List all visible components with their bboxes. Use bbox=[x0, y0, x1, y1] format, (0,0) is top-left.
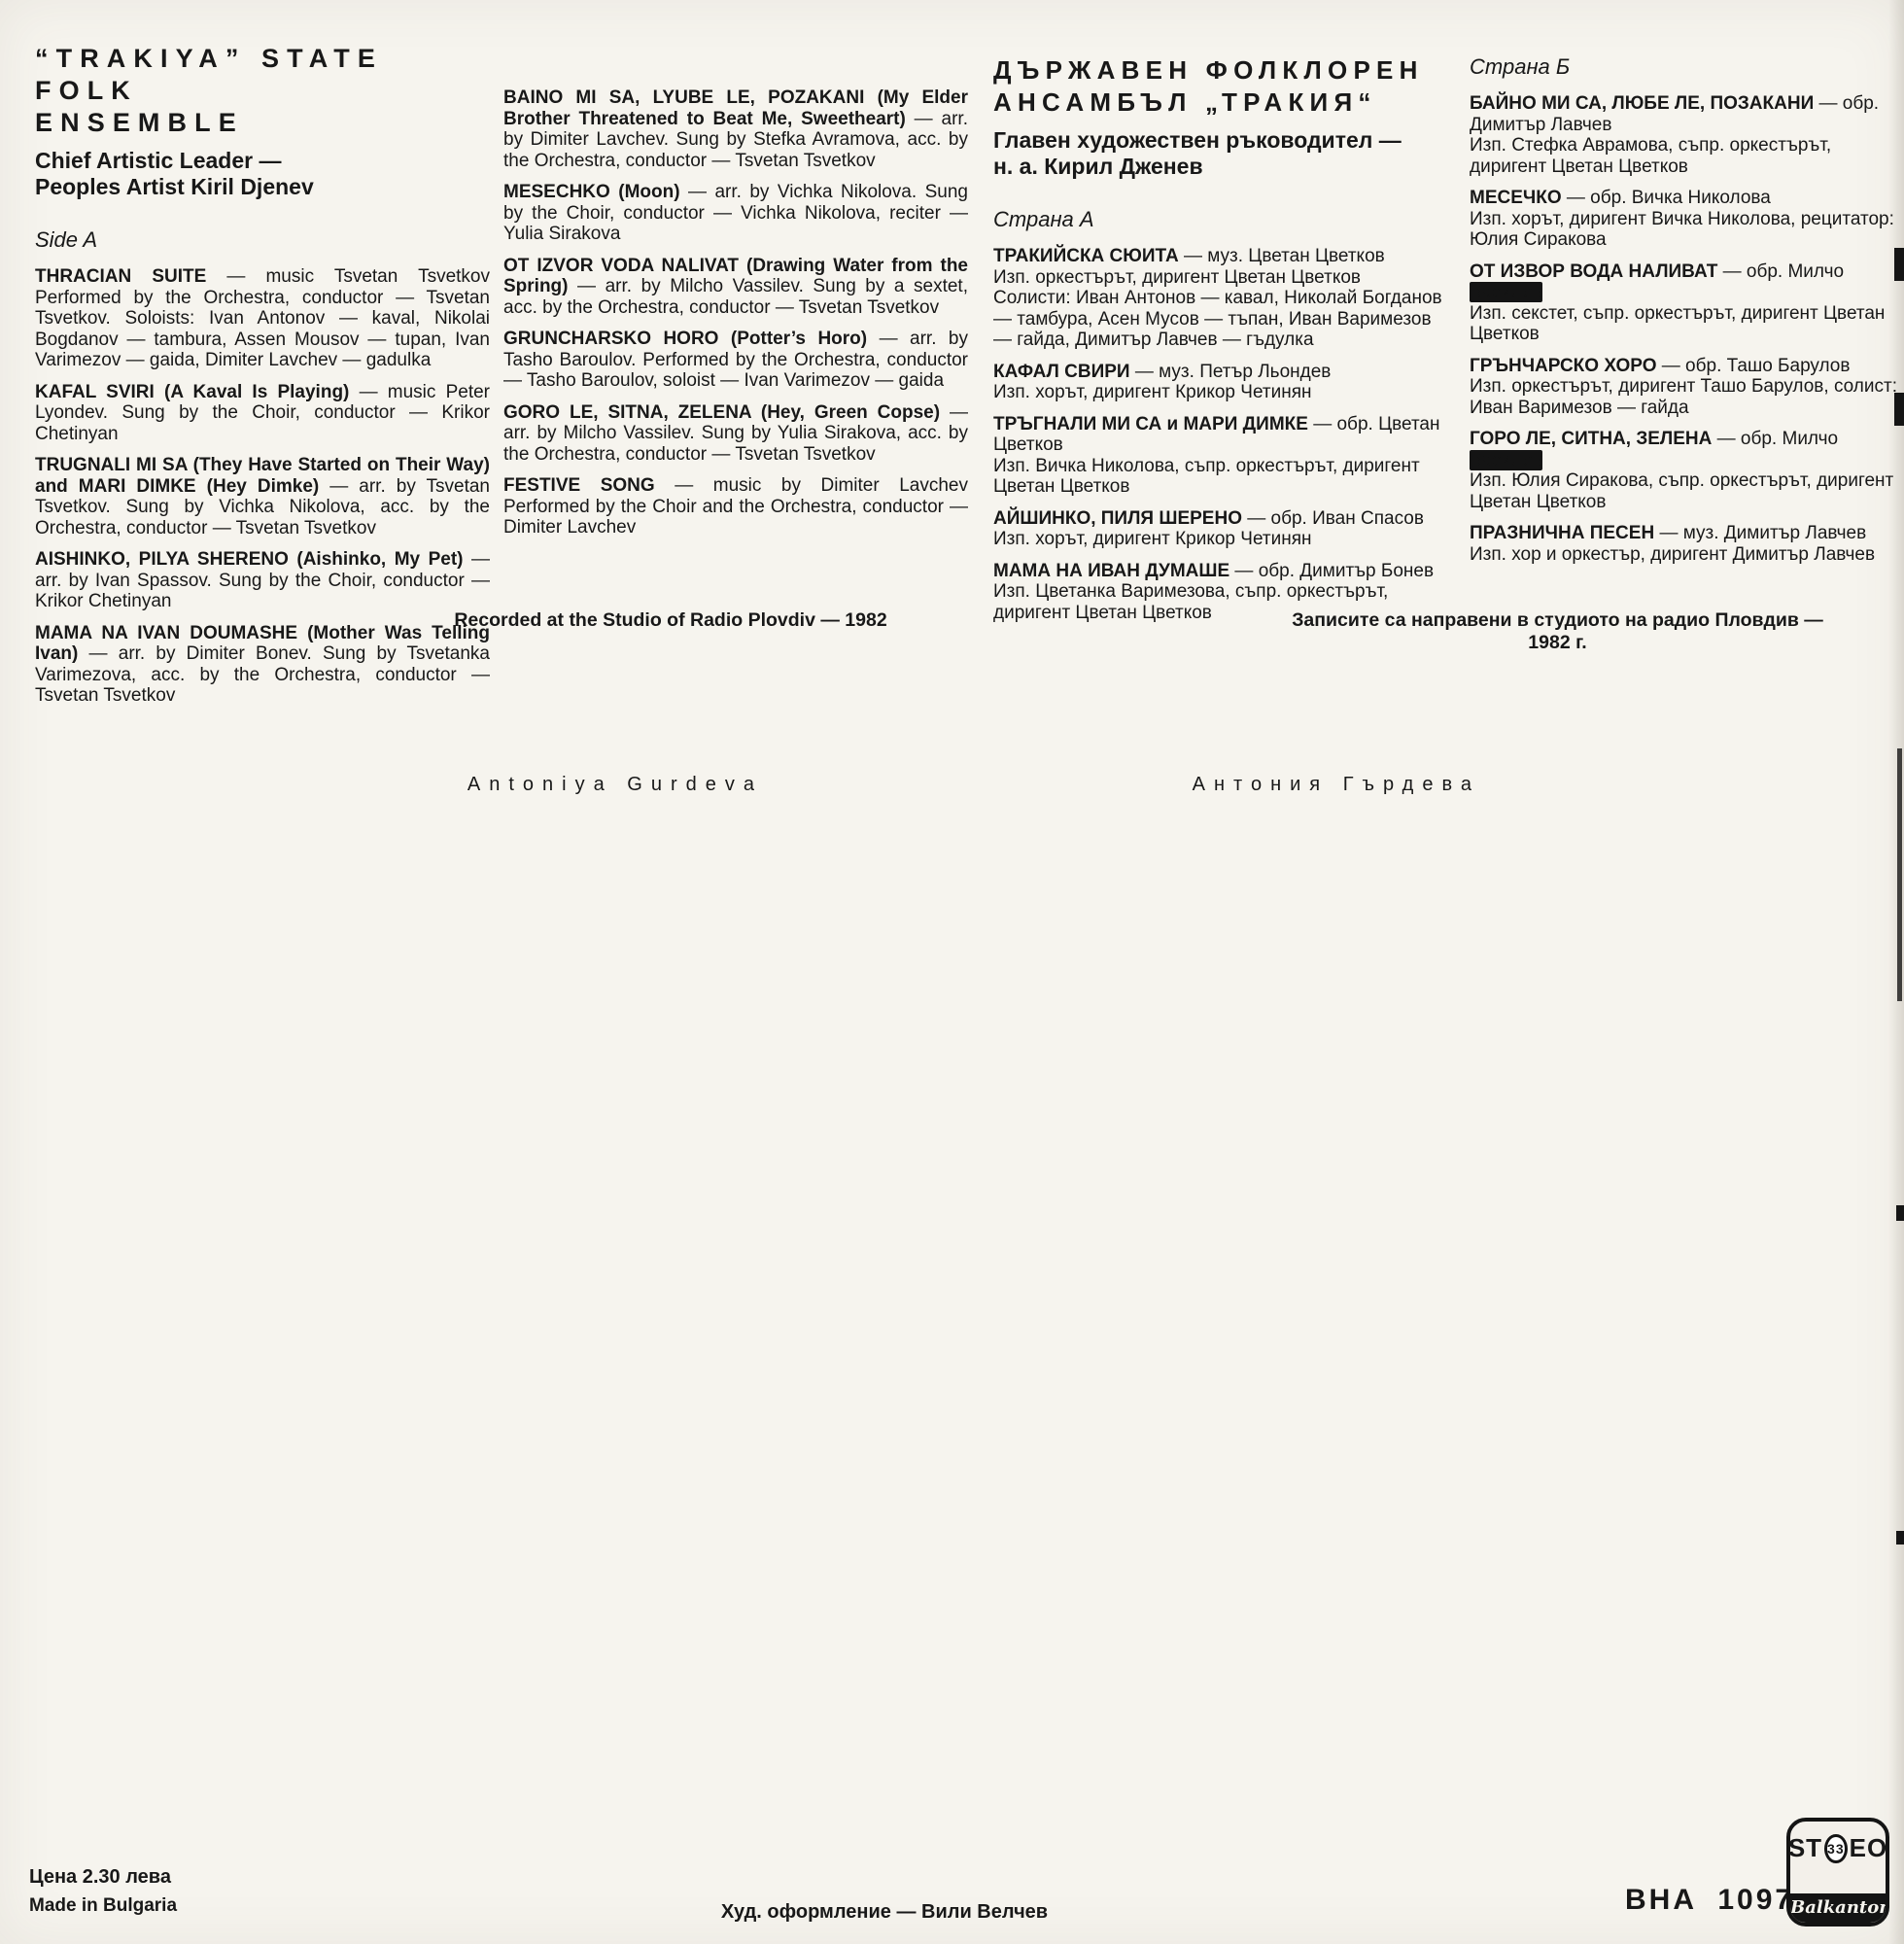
side-a-label-en: Side A bbox=[35, 227, 490, 253]
track-entry: АЙШИНКО, ПИЛЯ ШЕРЕНО — обр. Иван СпасовИ… bbox=[993, 508, 1452, 550]
track-composer: — обр. Вичка Николова bbox=[1562, 188, 1771, 208]
track-entry: ТРАКИЙСКА СЮИТА — муз. Цветан ЦветковИзп… bbox=[993, 246, 1452, 351]
track-entry: KAFAL SVIRI (A Kaval Is Playing) — music… bbox=[35, 382, 490, 445]
stereo-left-letters: ST bbox=[1788, 1833, 1822, 1863]
balkanton-logo: ST33EO Balkanton bbox=[1786, 1818, 1889, 1927]
track-entry: TRUGNALI MI SA (They Have Started on The… bbox=[35, 455, 490, 538]
column-bg-side-a: ДЪРЖАВЕН ФОЛКЛОРЕН АНСАМБЪЛ „ТРАКИЯ“ Гла… bbox=[993, 54, 1452, 634]
tracklist-en-side-a: THRACIAN SUITE — music Tsvetan Tsvetkov … bbox=[35, 266, 490, 707]
leader-credit-bg-line2: н. а. Кирил Дженев bbox=[993, 154, 1452, 180]
track-composer: — обр. Милчо bbox=[1712, 429, 1838, 449]
performer-line: Изп. хорът, диригент Крикор Четинян bbox=[993, 382, 1452, 403]
track-title: ГРЪНЧАРСКО ХОРО bbox=[1470, 356, 1657, 376]
track-composer: — обр. Димитър Бонев bbox=[1229, 561, 1434, 581]
track-entry: FESTIVE SONG — music by Dimiter Lavchev … bbox=[503, 475, 968, 538]
track-entry: ТРЪГНАЛИ МИ СА и МАРИ ДИМКЕ — обр. Цвета… bbox=[993, 414, 1452, 498]
credits-bg: Записите са направени в студиото на ради… bbox=[1011, 603, 1832, 654]
track-entry: GRUNCHARSKO HORO (Potter’s Horo) — arr. … bbox=[503, 329, 968, 392]
track-composer: — муз. Петър Льондев bbox=[1130, 362, 1332, 382]
track-entry: ГРЪНЧАРСКО ХОРО — обр. Ташо БаруловИзп. … bbox=[1470, 356, 1899, 419]
track-title: КАФАЛ СВИРИ bbox=[993, 362, 1130, 382]
track-title: МЕСЕЧКО bbox=[1470, 188, 1562, 208]
recording-note-bg: Записите са направени в студиото на ради… bbox=[1011, 609, 1832, 654]
track-entry: THRACIAN SUITE — music Tsvetan Tsvetkov … bbox=[35, 266, 490, 371]
track-title: ТРАКИЙСКА СЮИТА bbox=[993, 246, 1179, 266]
track-details: — arr. by Milcho Vassilev. Sung by a sex… bbox=[503, 276, 968, 318]
ensemble-title-bg-line1: ДЪРЖАВЕН ФОЛКЛОРЕН bbox=[993, 54, 1452, 87]
side-b-label-bg: Страна Б bbox=[1470, 54, 1899, 80]
catalog-number: ВНА 10971 bbox=[1625, 1884, 1814, 1917]
balkanton-wordmark: Balkanton bbox=[1790, 1893, 1886, 1923]
track-entry: КАФАЛ СВИРИ — муз. Петър ЛьондевИзп. хор… bbox=[993, 362, 1452, 403]
track-title: AISHINKO, PILYA SHERENO (Aishinko, My Pe… bbox=[35, 549, 464, 570]
track-title: GRUNCHARSKO HORO (Potter’s Horo) bbox=[503, 329, 867, 349]
ensemble-title-en-line2: ENSEMBLE bbox=[35, 107, 490, 139]
column-bg-side-b: Страна Б БАЙНО МИ СА, ЛЮБЕ ЛЕ, ПОЗАКАНИ … bbox=[1470, 54, 1899, 575]
track-entry: GORO LE, SITNA, ZELENA (Hey, Green Copse… bbox=[503, 402, 968, 466]
ensemble-title-en-line1: “TRAKIYA” STATE FOLK bbox=[35, 43, 490, 107]
performer-line: Изп. секстет, съпр. оркестърът, диригент… bbox=[1470, 303, 1899, 345]
recording-note-en: Recorded at the Studio of Radio Plovdiv … bbox=[73, 609, 948, 632]
stereo-mark: ST33EO bbox=[1790, 1822, 1886, 1863]
track-entry: OT IZVOR VODA NALIVAT (Drawing Water fro… bbox=[503, 256, 968, 319]
performer-line: Изп. хорът, диригент Крикор Четинян bbox=[993, 529, 1452, 550]
scan-mark bbox=[1894, 248, 1904, 281]
track-performers: Изп. Юлия Сиракова, съпр. оркестърът, ди… bbox=[1470, 470, 1899, 512]
track-title: BAINO MI SA, LYUBE LE, POZAKANI (My Elde… bbox=[503, 87, 968, 129]
scan-mark bbox=[1894, 393, 1904, 426]
track-title: ПРАЗНИЧНА ПЕСЕН bbox=[1470, 523, 1654, 543]
track-title: KAFAL SVIRI (A Kaval Is Playing) bbox=[35, 382, 349, 402]
performer-line: Изп. оркестърът, диригент Ташо Барулов, … bbox=[1470, 376, 1899, 418]
speed-33-icon: 33 bbox=[1824, 1834, 1848, 1863]
track-title: АЙШИНКО, ПИЛЯ ШЕРЕНО bbox=[993, 508, 1242, 529]
scan-mark bbox=[1897, 748, 1902, 1001]
track-performers: Изп. хорът, диригент Крикор Четинян bbox=[993, 529, 1452, 550]
track-performers: Изп. оркестърът, диригент Ташо Барулов, … bbox=[1470, 376, 1899, 418]
leader-credit-en-line2: Peoples Artist Kiril Djenev bbox=[35, 174, 490, 200]
credits-en: Recorded at the Studio of Radio Plovdiv … bbox=[73, 603, 948, 632]
track-performers: Изп. Стефка Аврамова, съпр. оркестърът, … bbox=[1470, 135, 1899, 177]
ensemble-title-bg: ДЪРЖАВЕН ФОЛКЛОРЕН АНСАМБЪЛ „ТРАКИЯ“ bbox=[993, 54, 1452, 119]
scan-mark bbox=[1896, 1531, 1904, 1545]
ensemble-title-bg-line2: АНСАМБЪЛ „ТРАКИЯ“ bbox=[993, 87, 1452, 119]
track-title: MESECHKO (Moon) bbox=[503, 182, 680, 202]
track-entry: ПРАЗНИЧНА ПЕСЕН — муз. Димитър ЛавчевИзп… bbox=[1470, 523, 1899, 565]
track-title: FESTIVE SONG bbox=[503, 475, 655, 496]
side-a-label-bg: Страна А bbox=[993, 207, 1452, 232]
track-title: GORO LE, SITNA, ZELENA (Hey, Green Copse… bbox=[503, 402, 940, 423]
track-entry: MESECHKO (Moon) — arr. by Vichka Nikolov… bbox=[503, 182, 968, 245]
tracklist-en-side-b: BAINO MI SA, LYUBE LE, POZAKANI (My Elde… bbox=[503, 87, 968, 538]
track-title: THRACIAN SUITE bbox=[35, 266, 206, 287]
tracklist-bg-side-a: ТРАКИЙСКА СЮИТА — муз. Цветан ЦветковИзп… bbox=[993, 246, 1452, 623]
track-composer: — обр. Иван Спасов bbox=[1242, 508, 1424, 529]
track-title: ОТ ИЗВОР ВОДА НАЛИВАТ bbox=[1470, 261, 1717, 282]
essay-en: Antoniya Gurdeva bbox=[294, 745, 943, 796]
track-performers: Изп. хор и оркестър, диригент Димитър Ла… bbox=[1470, 544, 1899, 566]
track-composer: — муз. Цветан Цветков bbox=[1179, 246, 1385, 266]
performer-line: Изп. Стефка Аврамова, съпр. оркестърът, … bbox=[1470, 135, 1899, 177]
record-back-cover: “TRAKIYA” STATE FOLK ENSEMBLE Chief Arti… bbox=[0, 0, 1904, 1944]
track-title: ТРЪГНАЛИ МИ СА и МАРИ ДИМКЕ bbox=[993, 414, 1308, 434]
track-entry: БАЙНО МИ СА, ЛЮБЕ ЛЕ, ПОЗАКАНИ — обр. Ди… bbox=[1470, 93, 1899, 177]
performer-line: Солисти: Иван Антонов — кавал, Николай Б… bbox=[993, 288, 1452, 351]
ink-smudge: Василев bbox=[1470, 282, 1542, 302]
leader-credit-en-line1: Chief Artistic Leader — bbox=[35, 148, 490, 174]
track-performers: Изп. оркестърът, диригент Цветан Цветков… bbox=[993, 267, 1452, 351]
track-details: — arr. by Dimiter Bonev. Sung by Tsvetan… bbox=[35, 643, 490, 706]
track-performers: Изп. хорът, диригент Вичка Николова, рец… bbox=[1470, 209, 1899, 251]
tracklist-bg-side-b: БАЙНО МИ СА, ЛЮБЕ ЛЕ, ПОЗАКАНИ — обр. Ди… bbox=[1470, 93, 1899, 565]
track-title: МАМА НА ИВАН ДУМАШЕ bbox=[993, 561, 1229, 581]
track-composer: — муз. Димитър Лавчев bbox=[1654, 523, 1866, 543]
essay-signature-bg: Антония Гърдева bbox=[1019, 774, 1699, 796]
column-en-side-b: BAINO MI SA, LYUBE LE, POZAKANI (My Elde… bbox=[503, 87, 968, 549]
performer-line: Изп. хорът, диригент Вичка Николова, рец… bbox=[1470, 209, 1899, 251]
track-composer: — обр. Милчо bbox=[1717, 261, 1844, 282]
track-performers: Изп. секстет, съпр. оркестърът, диригент… bbox=[1470, 303, 1899, 345]
scan-mark bbox=[1896, 1205, 1904, 1221]
track-entry: МЕСЕЧКО — обр. Вичка НиколоваИзп. хорът,… bbox=[1470, 188, 1899, 251]
track-entry: ГОРО ЛЕ, СИТНА, ЗЕЛЕНА — обр. Милчо Васи… bbox=[1470, 429, 1899, 512]
track-entry: MAMA NA IVAN DOUMASHE (Mother Was Tellin… bbox=[35, 623, 490, 707]
made-in-label: Made in Bulgaria bbox=[29, 1895, 177, 1917]
performer-line: Изп. оркестърът, диригент Цветан Цветков bbox=[993, 267, 1452, 289]
leader-credit-en: Chief Artistic Leader — Peoples Artist K… bbox=[35, 148, 490, 200]
track-performers: Изп. Вичка Николова, съпр. оркестърът, д… bbox=[993, 456, 1452, 498]
essay-bg: Антония Гърдева bbox=[1019, 745, 1699, 796]
track-title: ГОРО ЛЕ, СИТНА, ЗЕЛЕНА bbox=[1470, 429, 1712, 449]
leader-credit-bg: Главен художествен ръководител — н. а. К… bbox=[993, 127, 1452, 180]
performer-line: Изп. Вичка Николова, съпр. оркестърът, д… bbox=[993, 456, 1452, 498]
track-entry: BAINO MI SA, LYUBE LE, POZAKANI (My Elde… bbox=[503, 87, 968, 171]
price-label: Цена 2.30 лева bbox=[29, 1866, 171, 1889]
essay-signature-en: Antoniya Gurdeva bbox=[294, 774, 943, 796]
track-performers: Изп. хорът, диригент Крикор Четинян bbox=[993, 382, 1452, 403]
stereo-right-letters: EO bbox=[1850, 1833, 1888, 1863]
track-entry: ОТ ИЗВОР ВОДА НАЛИВАТ — обр. Милчо Васил… bbox=[1470, 261, 1899, 345]
leader-credit-bg-line1: Главен художествен ръководител — bbox=[993, 127, 1452, 154]
performer-line: Изп. Юлия Сиракова, съпр. оркестърът, ди… bbox=[1470, 470, 1899, 512]
track-title: БАЙНО МИ СА, ЛЮБЕ ЛЕ, ПОЗАКАНИ bbox=[1470, 93, 1814, 114]
ink-smudge: Василев bbox=[1470, 450, 1542, 470]
design-credit: Худ. оформление — Вили Велчев bbox=[603, 1901, 1166, 1924]
performer-line: Изп. хор и оркестър, диригент Димитър Ла… bbox=[1470, 544, 1899, 566]
track-composer: — обр. Ташо Барулов bbox=[1657, 356, 1851, 376]
ensemble-title-en: “TRAKIYA” STATE FOLK ENSEMBLE bbox=[35, 43, 490, 139]
